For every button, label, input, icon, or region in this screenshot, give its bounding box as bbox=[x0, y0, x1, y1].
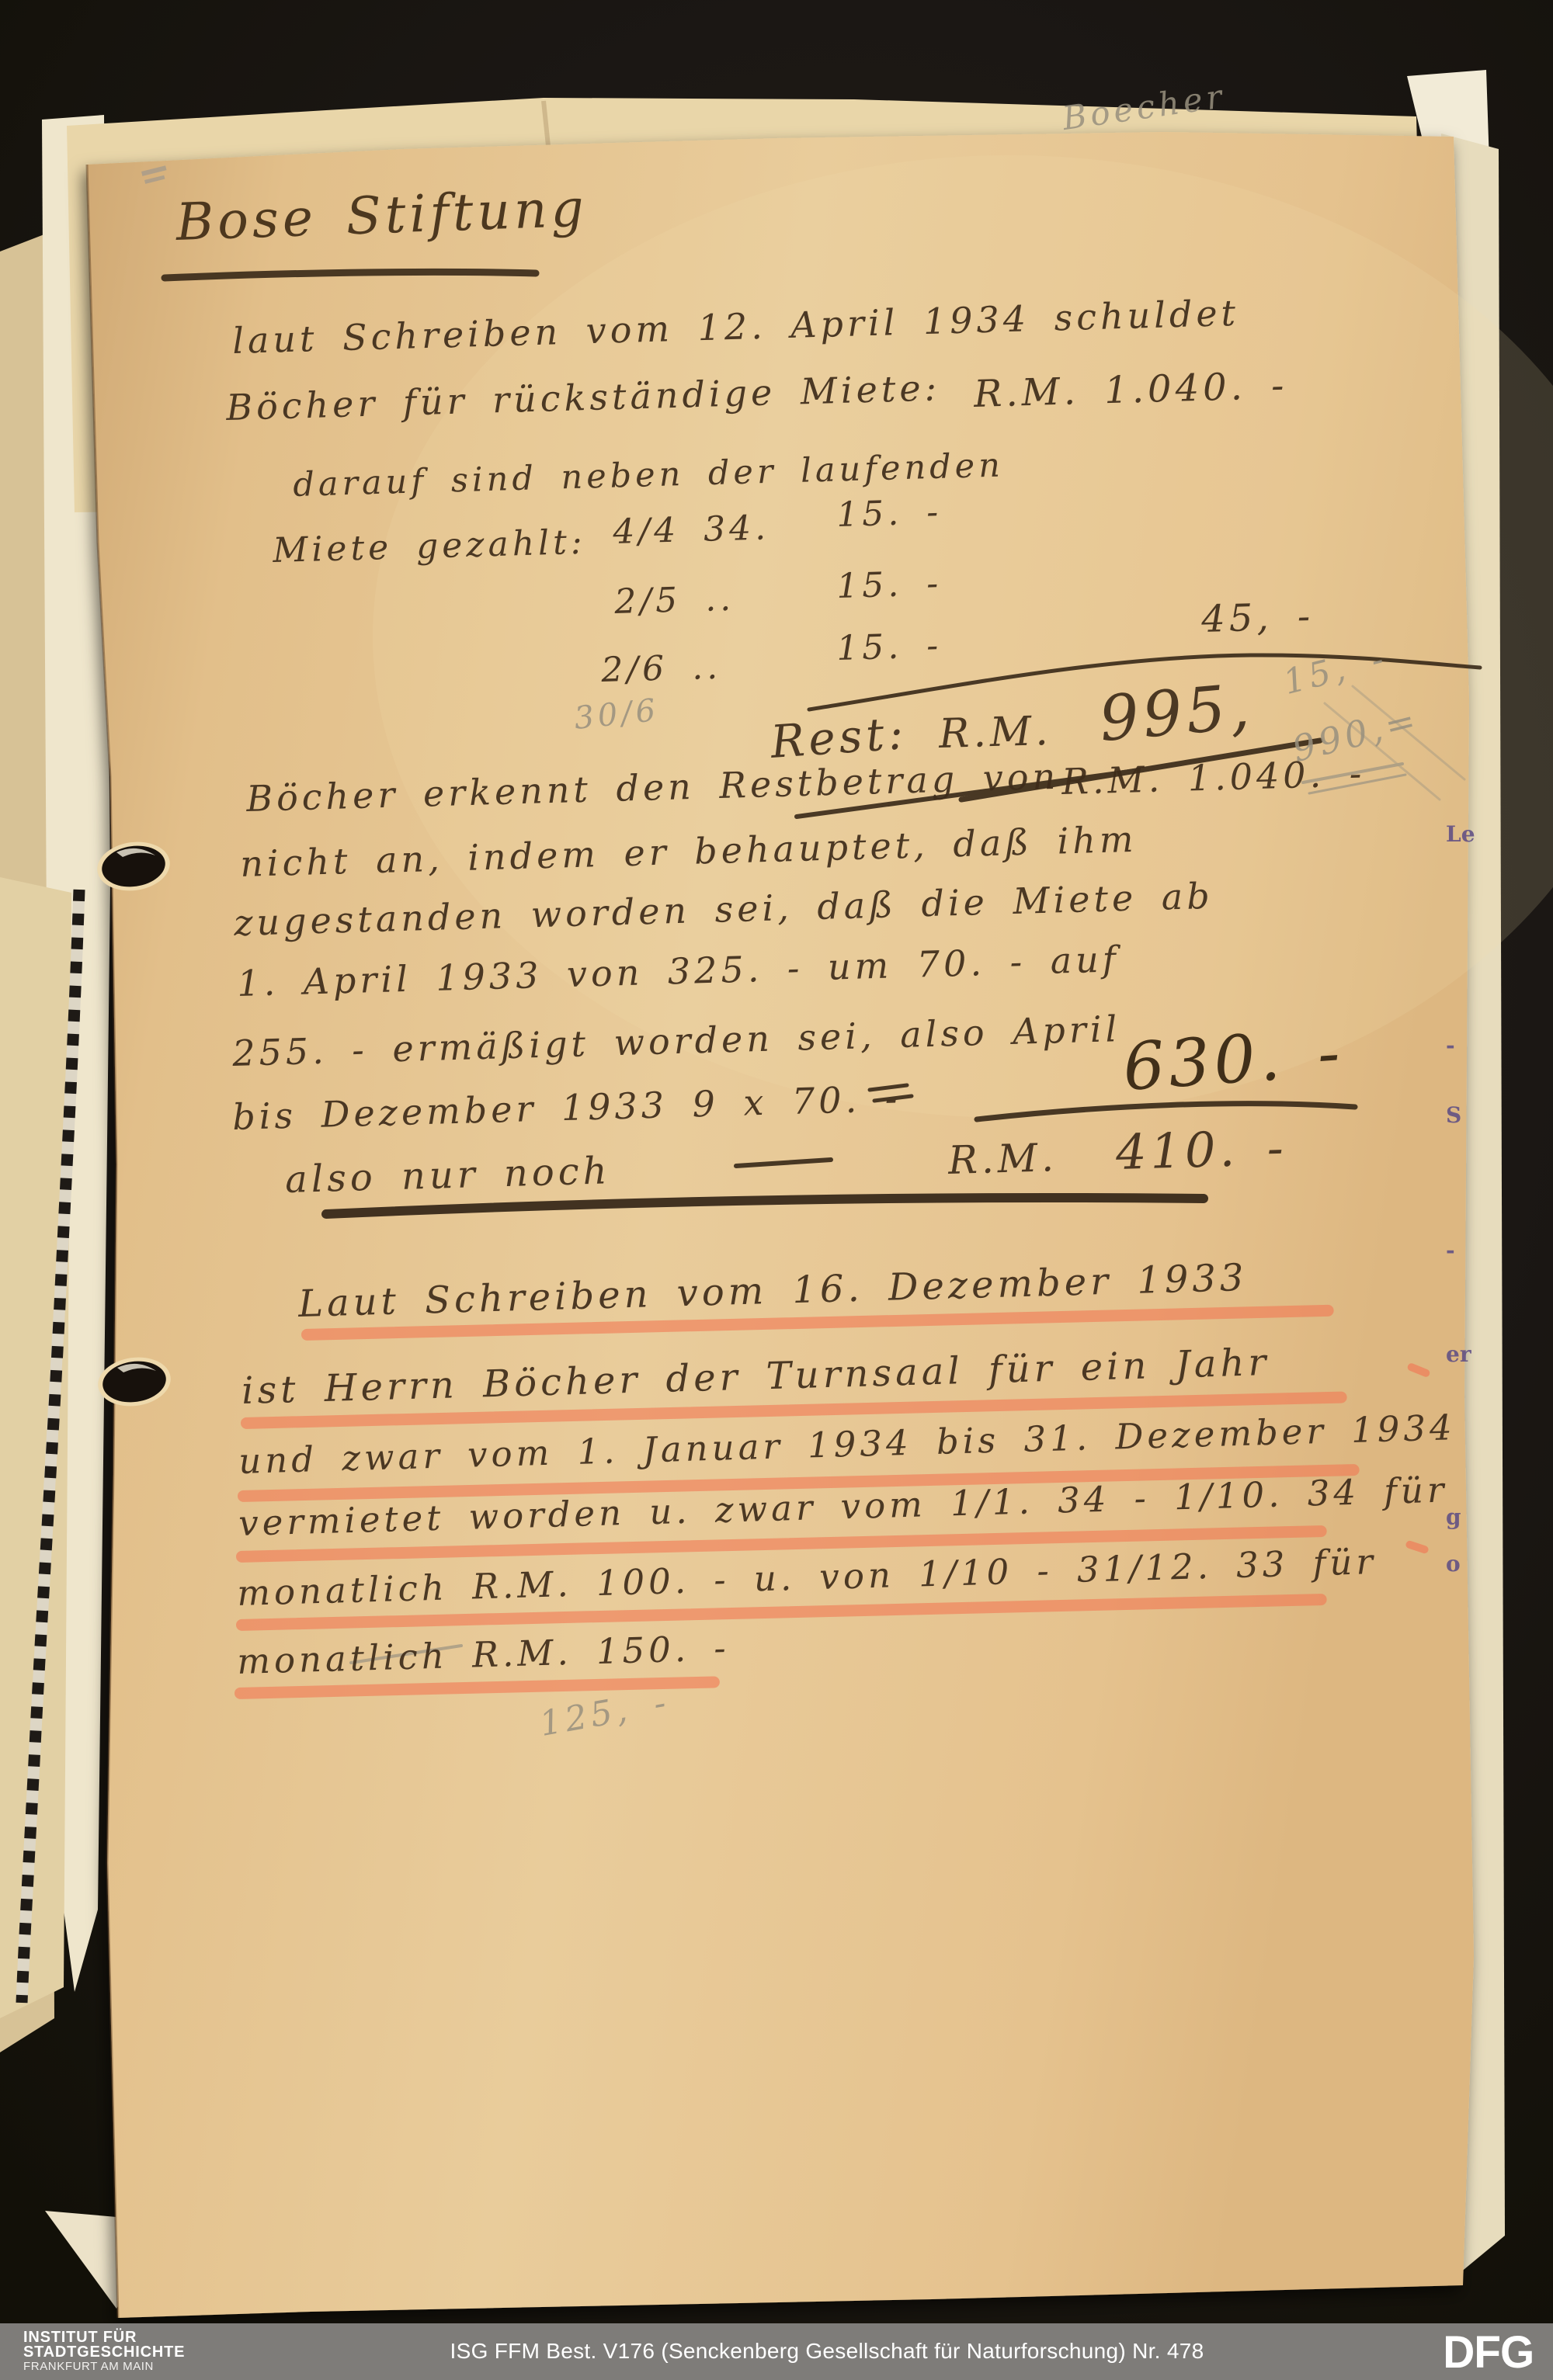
margin-letter-6: g bbox=[1446, 1504, 1461, 1530]
para2-big-amount: 630. - bbox=[1120, 1014, 1346, 1105]
archive-reference: ISG FFM Best. V176 (Senckenberg Gesellsc… bbox=[419, 2339, 1235, 2364]
payment-amount-1: 15. - bbox=[836, 492, 943, 535]
institute-line2: STADTGESCHICHTE bbox=[23, 2345, 185, 2360]
rest-amount: 995, bbox=[1096, 670, 1256, 755]
archive-footer-bar: INSTITUT FÜR STADTGESCHICHTE FRANKFURT A… bbox=[0, 2323, 1553, 2380]
dfg-logo: DFG bbox=[1443, 2326, 1534, 2378]
para2-currency: R.M. bbox=[947, 1135, 1058, 1183]
payment-date-1: 4/4 34. bbox=[613, 508, 770, 552]
rest-currency: R.M. bbox=[938, 708, 1052, 758]
margin-letter-3: S bbox=[1446, 1102, 1461, 1128]
margin-letter-5: er bbox=[1446, 1341, 1471, 1367]
payment-date-3: 2/6 .. bbox=[601, 647, 722, 690]
para1-amount: R.M. 1.040. - bbox=[973, 364, 1288, 416]
payment-amount-2: 15. - bbox=[836, 564, 943, 606]
archival-document-scan: Boecher Bose Stiftung laut Schreiben vom… bbox=[0, 0, 1553, 2380]
payments-sum: 45, - bbox=[1200, 595, 1314, 641]
para2-amount-top: R.M. 1.040. - bbox=[1061, 752, 1365, 803]
para2-result: 410. - bbox=[1115, 1119, 1288, 1181]
margin-letter-2: - bbox=[1446, 1032, 1455, 1058]
para2-line7: also nur noch bbox=[284, 1149, 611, 1202]
payment-amount-3: 15. - bbox=[836, 626, 943, 668]
payment-date-2: 2/5 .. bbox=[614, 579, 735, 622]
institute-logo-block: INSTITUT FÜR STADTGESCHICHTE FRANKFURT A… bbox=[23, 2330, 185, 2373]
institute-line3: FRANKFURT AM MAIN bbox=[23, 2360, 185, 2373]
margin-letter-1: Le bbox=[1446, 821, 1475, 847]
margin-letter-4: - bbox=[1446, 1237, 1455, 1263]
left-paper-edge-lower bbox=[0, 877, 71, 2018]
margin-letter-7: o bbox=[1446, 1551, 1461, 1577]
